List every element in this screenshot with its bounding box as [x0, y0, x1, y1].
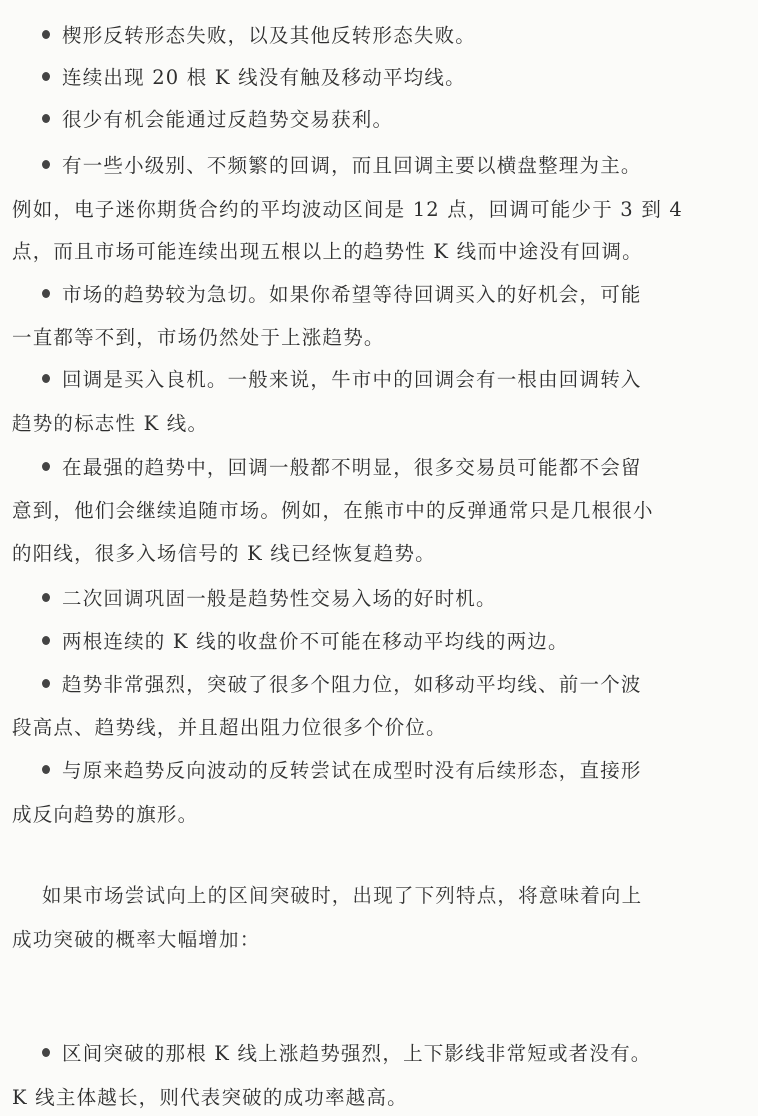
item-text: 有一些小级别、不频繁的回调，而且回调主要以横盘整理为主。 — [62, 154, 642, 177]
list-item: 两根连续的 K 线的收盘价不可能在移动平均线的两边。 — [42, 628, 758, 656]
bullet-icon — [42, 462, 50, 471]
list-item: 二次回调巩固一般是趋势性交易入场的好时机。 — [42, 585, 758, 613]
item-text: 在最强的趋势中，回调一般都不明显，很多交易员可能都不会留 — [62, 456, 642, 479]
bullet-icon — [42, 765, 50, 774]
list-item-continuation: 的阳线，很多入场信号的 K 线已经恢复趋势。 — [12, 540, 748, 568]
list-item: 连续出现 20 根 K 线没有触及移动平均线。 — [42, 64, 758, 92]
list-item-continuation: 趋势的标志性 K 线。 — [12, 410, 748, 438]
list-item: 很少有机会能通过反趋势交易获利。 — [42, 106, 758, 134]
item-text: 与原来趋势反向波动的反转尝试在成型时没有后续形态，直接形 — [62, 759, 642, 782]
bullet-icon — [42, 636, 50, 645]
list-item-continuation: K 线主体越长，则代表突破的成功率越高。 — [12, 1084, 748, 1112]
list-item: 有一些小级别、不频繁的回调，而且回调主要以横盘整理为主。 — [42, 152, 758, 180]
list-item: 区间突破的那根 K 线上涨趋势强烈，上下影线非常短或者没有。 — [42, 1040, 758, 1068]
bullet-icon — [42, 289, 50, 298]
bullet-icon — [42, 160, 50, 169]
item-text: 二次回调巩固一般是趋势性交易入场的好时机。 — [62, 587, 497, 610]
bullet-icon — [42, 30, 50, 39]
list-item-continuation: 成反向趋势的旗形。 — [12, 801, 748, 829]
bullet-icon — [42, 72, 50, 81]
list-item: 楔形反转形态失败，以及其他反转形态失败。 — [42, 22, 758, 50]
list-item: 市场的趋势较为急切。如果你希望等待回调买入的好机会，可能 — [42, 281, 758, 309]
bullet-icon — [42, 593, 50, 602]
item-text: 连续出现 20 根 K 线没有触及移动平均线。 — [62, 66, 466, 89]
list-item: 与原来趋势反向波动的反转尝试在成型时没有后续形态，直接形 — [42, 757, 758, 785]
bullet-icon — [42, 114, 50, 123]
list-item-continuation: 段高点、趋势线，并且超出阻力位很多个价位。 — [12, 714, 748, 742]
list-item-continuation: 意到，他们会继续追随市场。例如，在熊市中的反弹通常只是几根很小 — [12, 497, 748, 525]
item-text: 回调是买入良机。一般来说，牛市中的回调会有一根由回调转入 — [62, 368, 642, 391]
list-item-continuation: 点，而且市场可能连续出现五根以上的趋势性 K 线而中途没有回调。 — [12, 238, 748, 266]
item-text: 两根连续的 K 线的收盘价不可能在移动平均线的两边。 — [62, 630, 569, 653]
item-text: 区间突破的那根 K 线上涨趋势强烈，上下影线非常短或者没有。 — [62, 1042, 651, 1065]
book-page: 楔形反转形态失败，以及其他反转形态失败。 连续出现 20 根 K 线没有触及移动… — [0, 0, 758, 1116]
item-text: 趋势非常强烈，突破了很多个阻力位，如移动平均线、前一个波 — [62, 673, 642, 696]
list-item-continuation: 例如，电子迷你期货合约的平均波动区间是 12 点，回调可能少于 3 到 4 — [12, 196, 748, 224]
item-text: 市场的趋势较为急切。如果你希望等待回调买入的好机会，可能 — [62, 283, 642, 306]
bullet-icon — [42, 374, 50, 383]
list-item: 在最强的趋势中，回调一般都不明显，很多交易员可能都不会留 — [42, 454, 758, 482]
list-item-continuation: 一直都等不到，市场仍然处于上涨趋势。 — [12, 324, 748, 352]
item-text: 楔形反转形态失败，以及其他反转形态失败。 — [62, 24, 476, 47]
item-text: 很少有机会能通过反趋势交易获利。 — [62, 108, 393, 131]
bullet-icon — [42, 1048, 50, 1057]
paragraph-continuation: 成功突破的概率大幅增加： — [12, 926, 748, 954]
list-item: 趋势非常强烈，突破了很多个阻力位，如移动平均线、前一个波 — [42, 671, 758, 699]
bullet-icon — [42, 679, 50, 688]
paragraph: 如果市场尝试向上的区间突破时，出现了下列特点，将意味着向上 — [42, 882, 758, 910]
list-item: 回调是买入良机。一般来说，牛市中的回调会有一根由回调转入 — [42, 366, 758, 394]
